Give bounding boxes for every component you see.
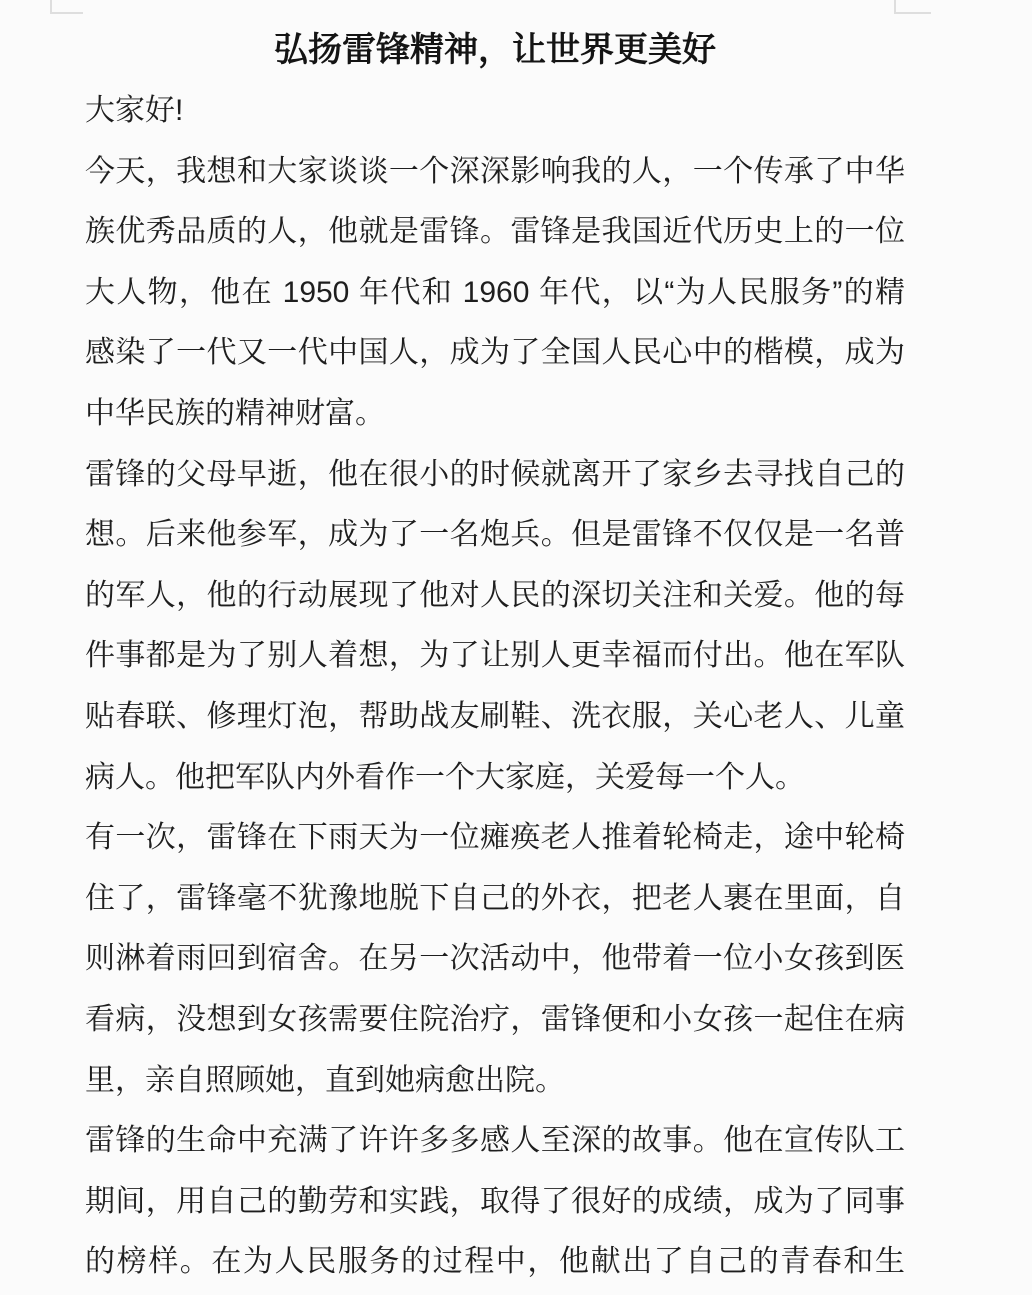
paragraph-1-line-4: 感染了一代又一代中国人，成为了全国人民心中的楷模，成为了 (85, 323, 905, 384)
document-content: 弘扬雷锋精神，让世界更美好 大家好! 今天，我想和大家谈谈一个深深影响我的人，一… (85, 20, 905, 1293)
greeting-line: 大家好! (85, 81, 905, 142)
paragraph-3-line-2: 住了，雷锋毫不犹豫地脱下自己的外衣，把老人裹在里面，自己 (85, 869, 905, 930)
paragraph-3-line-1: 有一次，雷锋在下雨天为一位瘫痪老人推着轮椅走，途中轮椅卡 (85, 808, 905, 869)
margin-corner-mark-left (50, 0, 83, 14)
paragraph-3-line-3: 则淋着雨回到宿舍。在另一次活动中，他带着一位小女孩到医院 (85, 929, 905, 990)
paragraph-2-line-4: 件事都是为了别人着想，为了让别人更幸福而付出。他在军队里 (85, 626, 905, 687)
paragraph-3-line-4: 看病，没想到女孩需要住院治疗，雷锋便和小女孩一起住在病房 (85, 990, 905, 1051)
paragraph-1-line-2: 族优秀品质的人，他就是雷锋。雷锋是我国近代历史上的一位伟 (85, 202, 905, 263)
paragraph-2-line-5: 贴春联、修理灯泡，帮助战友刷鞋、洗衣服，关心老人、儿童和 (85, 687, 905, 748)
document-title: 弘扬雷锋精神，让世界更美好 (85, 20, 905, 81)
document-body: 今天，我想和大家谈谈一个深深影响我的人，一个传承了中华民族优秀品质的人，他就是雷… (85, 142, 905, 1293)
paragraph-4-line-3: 的榜样。在为人民服务的过程中，他献出了自己的青春和生命， (85, 1232, 905, 1293)
paragraph-2-line-6: 病人。他把军队内外看作一个大家庭，关爱每一个人。 (85, 748, 905, 809)
paragraph-2-line-2: 想。后来他参军，成为了一名炮兵。但是雷锋不仅仅是一名普通 (85, 505, 905, 566)
margin-corner-mark-right (894, 0, 931, 14)
paragraph-2-line-3: 的军人，他的行动展现了他对人民的深切关注和关爱。他的每一 (85, 566, 905, 627)
paragraph-4-line-1: 雷锋的生命中充满了许许多多感人至深的故事。他在宣传队工作 (85, 1111, 905, 1172)
paragraph-4-line-2: 期间，用自己的勤劳和实践，取得了很好的成绩，成为了同事们 (85, 1172, 905, 1233)
paragraph-1-line-1: 今天，我想和大家谈谈一个深深影响我的人，一个传承了中华民 (85, 142, 905, 203)
paragraph-1-line-5: 中华民族的精神财富。 (85, 384, 905, 445)
paragraph-3-line-5: 里，亲自照顾她，直到她病愈出院。 (85, 1051, 905, 1112)
document-page: 弘扬雷锋精神，让世界更美好 大家好! 今天，我想和大家谈谈一个深深影响我的人，一… (0, 0, 1032, 1295)
paragraph-1-line-3: 大人物，他在 1950 年代和 1960 年代，以“为人民服务”的精神， (85, 263, 905, 324)
paragraph-2-line-1: 雷锋的父母早逝，他在很小的时候就离开了家乡去寻找自己的梦 (85, 445, 905, 506)
